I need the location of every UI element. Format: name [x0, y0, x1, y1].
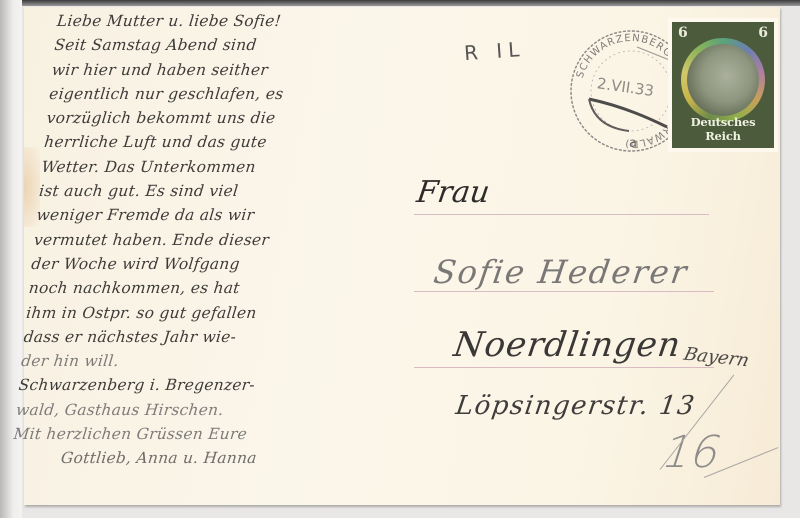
address-salutation: Frau: [415, 175, 492, 210]
message-line: der Woche wird Wolfgang: [30, 252, 413, 276]
stamp-label: Deutsches Reich: [672, 115, 774, 143]
address-rule: [414, 291, 714, 292]
address-recipient-name: Sofie Hederer: [431, 253, 691, 291]
message-line: noch nachkommen, es hat: [28, 276, 411, 300]
message-line: vermutet haben. Ende dieser: [33, 228, 416, 252]
stamp-value-left: 6: [678, 25, 688, 41]
message-line: Wetter. Das Unterkommen: [40, 155, 423, 179]
message-line: Liebe Mutter u. liebe Sofie!: [56, 9, 439, 33]
postcard: Liebe Mutter u. liebe Sofie! Seit Samsta…: [24, 7, 780, 505]
stamp-value-right: 6: [758, 25, 768, 41]
svg-text:2.VII.33: 2.VII.33: [596, 74, 655, 100]
scanner-edge-top: [0, 0, 800, 6]
message-line: vorzüglich bekommt uns die: [45, 106, 428, 130]
message-line: wald, Gasthaus Hirschen.: [15, 398, 398, 422]
message-signature: Gottlieb, Anna u. Hanna: [10, 446, 393, 470]
message-line: Mit herzlichen Grüssen Eure: [12, 422, 395, 446]
message-line: herrliche Luft und das gute: [43, 130, 426, 154]
message-line: der hin will.: [20, 349, 403, 373]
svg-text:a: a: [629, 136, 637, 151]
pencil-reference-mark: R IL: [463, 37, 526, 65]
message-line: ihm in Ostpr. so gut gefallen: [25, 301, 408, 325]
message-line: weniger Fremde da als wir: [35, 203, 418, 227]
handwritten-message: Liebe Mutter u. liebe Sofie! Seit Samsta…: [10, 9, 439, 471]
address-city: Noerdlingen: [451, 325, 683, 365]
address-rule: [414, 367, 714, 368]
portrait-icon: [687, 44, 759, 116]
postage-stamp: 6 6 Deutsches Reich: [668, 18, 778, 152]
message-line: eigentlich nur geschlafen, es: [48, 82, 431, 106]
address-rule: [414, 214, 709, 215]
message-line: Schwarzenberg i. Bregenzer-: [17, 373, 400, 397]
address-street: Löpsingerstr. 13: [454, 391, 698, 421]
message-line: wir hier und haben seither: [51, 58, 434, 82]
stamp-face: 6 6 Deutsches Reich: [672, 22, 774, 148]
message-line: Seit Samstag Abend sind: [53, 33, 436, 57]
message-line: ist auch gut. Es sind viel: [38, 179, 421, 203]
message-line: dass er nächstes Jahr wie-: [23, 325, 406, 349]
